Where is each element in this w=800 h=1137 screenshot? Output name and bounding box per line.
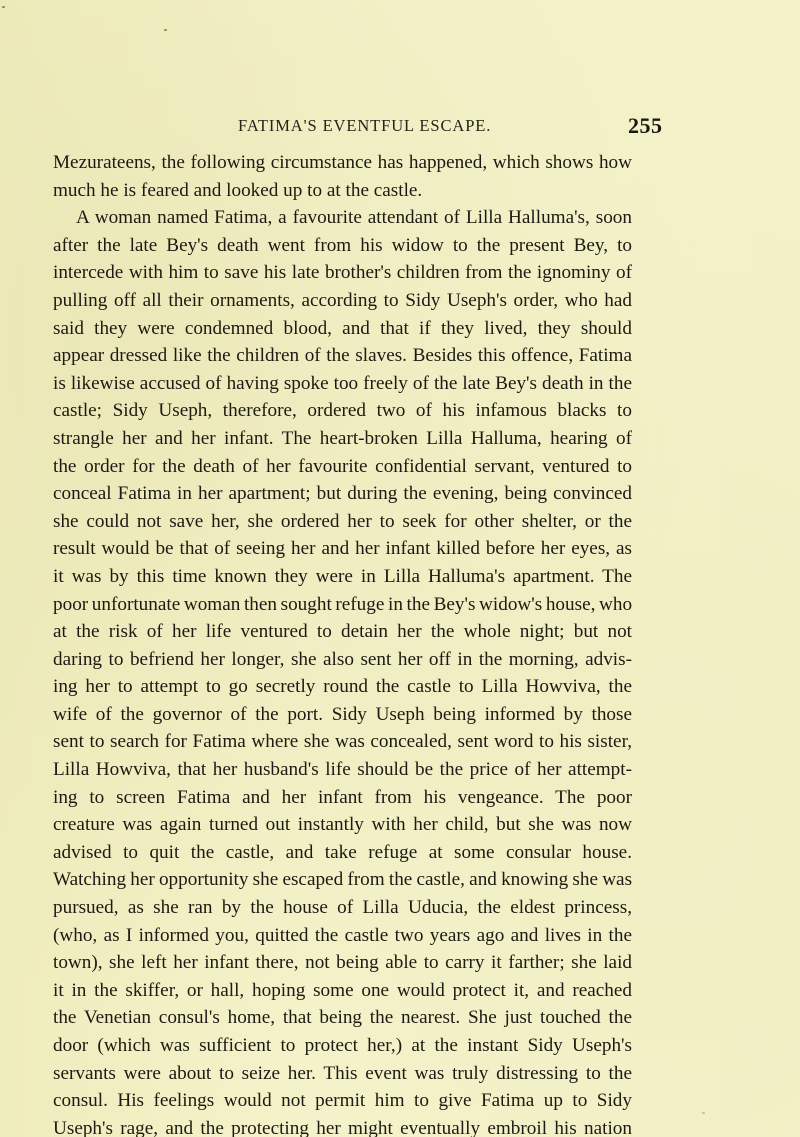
- text-line: consul. His feelings would not permit hi…: [53, 1087, 632, 1115]
- running-title: FATIMA'S EVENTFUL ESCAPE.: [238, 115, 491, 137]
- text-line: result would be that of seeing her and h…: [53, 535, 632, 563]
- text-line: intercede with him to save his late brot…: [53, 259, 632, 287]
- text-line: Useph's rage, and the protecting her mig…: [53, 1115, 632, 1137]
- text-line: castle; Sidy Useph, therefore, ordered t…: [53, 397, 632, 425]
- text-line: (who, as I informed you, quitted the cas…: [53, 922, 632, 950]
- paper-speck: [702, 1112, 705, 1114]
- text-line: daring to befriend her longer, she also …: [53, 646, 632, 674]
- running-head: FATIMA'S EVENTFUL ESCAPE. 255: [0, 115, 800, 145]
- book-page: FATIMA'S EVENTFUL ESCAPE. 255 Mezurateen…: [0, 0, 800, 1137]
- text-line: A woman named Fatima, a favourite attend…: [53, 204, 632, 232]
- body-text: Mezurateens, the following circumstance …: [53, 149, 632, 1137]
- text-line: appear dressed like the children of the …: [53, 342, 632, 370]
- text-line: creature was again turned out instantly …: [53, 811, 632, 839]
- paper-speck: [164, 29, 167, 31]
- text-line: the order for the death of her favourite…: [53, 453, 632, 481]
- text-line: ing to screen Fatima and her infant from…: [53, 784, 632, 812]
- text-line: Watching her opportunity she escaped fro…: [53, 866, 632, 894]
- text-line: she could not save her, she ordered her …: [53, 508, 632, 536]
- text-line: ing her to attempt to go secretly round …: [53, 673, 632, 701]
- text-line: pursued, as she ran by the house of Lill…: [53, 894, 632, 922]
- text-line: servants were about to seize her. This e…: [53, 1060, 632, 1088]
- text-line: much he is feared and looked up to at th…: [53, 177, 632, 205]
- text-line: conceal Fatima in her apartment; but dur…: [53, 480, 632, 508]
- text-line: poor unfortunate woman then sought refug…: [53, 591, 632, 619]
- text-line: after the late Bey's death went from his…: [53, 232, 632, 260]
- text-line: door (which was sufficient to protect he…: [53, 1032, 632, 1060]
- text-line: the Venetian consul's home, that being t…: [53, 1004, 632, 1032]
- text-line: sent to search for Fatima where she was …: [53, 728, 632, 756]
- text-line: it in the skiffer, or hall, hoping some …: [53, 977, 632, 1005]
- text-line: wife of the governor of the port. Sidy U…: [53, 701, 632, 729]
- text-line: Lilla Howviva, that her husband's life s…: [53, 756, 632, 784]
- text-line: strangle her and her infant. The heart-b…: [53, 425, 632, 453]
- text-line: said they were condemned blood, and that…: [53, 315, 632, 343]
- paper-speck: [2, 6, 5, 8]
- text-line: advised to quit the castle, and take ref…: [53, 839, 632, 867]
- text-line: is likewise accused of having spoke too …: [53, 370, 632, 398]
- text-line: Mezurateens, the following circumstance …: [53, 149, 632, 177]
- running-title-text: FATIMA'S EVENTFUL ESCAPE.: [238, 116, 491, 135]
- text-line: it was by this time known they were in L…: [53, 563, 632, 591]
- text-line: pulling off all their ornaments, accordi…: [53, 287, 632, 315]
- text-line: town), she left her infant there, not be…: [53, 949, 632, 977]
- text-line: at the risk of her life ventured to deta…: [53, 618, 632, 646]
- page-number: 255: [628, 113, 663, 139]
